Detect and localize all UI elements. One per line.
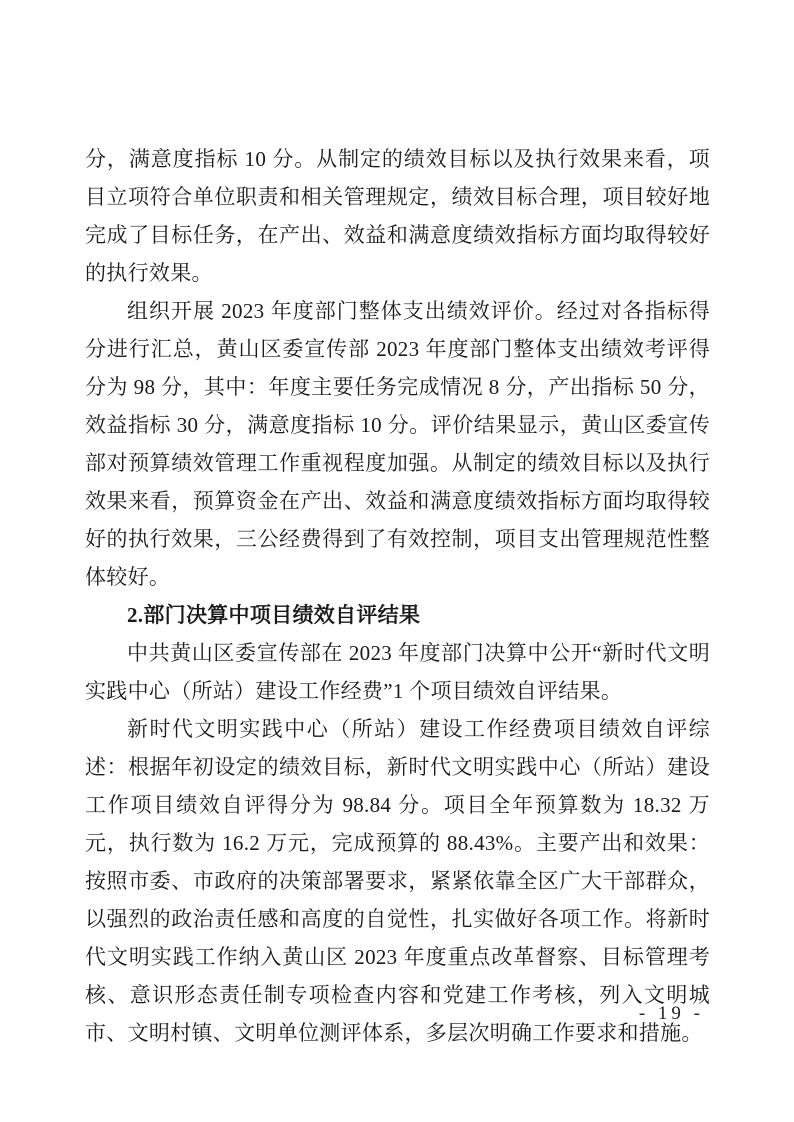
document-page: 分，满意度指标 10 分。从制定的绩效目标以及执行效果来看，项目立项符合单位职责… bbox=[0, 0, 794, 1122]
paragraph-project-self-evaluation-summary: 新时代文明实践中心（所站）建设工作经费项目绩效自评综述：根据年初设定的绩效目标，… bbox=[85, 710, 710, 1052]
page-number: - 19 - bbox=[639, 1000, 704, 1028]
document-body: 分，满意度指标 10 分。从制定的绩效目标以及执行效果来看，项目立项符合单位职责… bbox=[85, 140, 710, 1052]
paragraph-performance-execution-result: 分，满意度指标 10 分。从制定的绩效目标以及执行效果来看，项目立项符合单位职责… bbox=[85, 140, 710, 292]
paragraph-disclosed-project: 中共黄山区委宣传部在 2023 年度部门决算中公开“新时代文明实践中心（所站）建… bbox=[85, 634, 710, 710]
section-heading-project-self-evaluation: 2.部门决算中项目绩效自评结果 bbox=[85, 596, 710, 634]
paragraph-overall-expenditure-evaluation: 组织开展 2023 年度部门整体支出绩效评价。经过对各指标得分进行汇总，黄山区委… bbox=[85, 292, 710, 596]
